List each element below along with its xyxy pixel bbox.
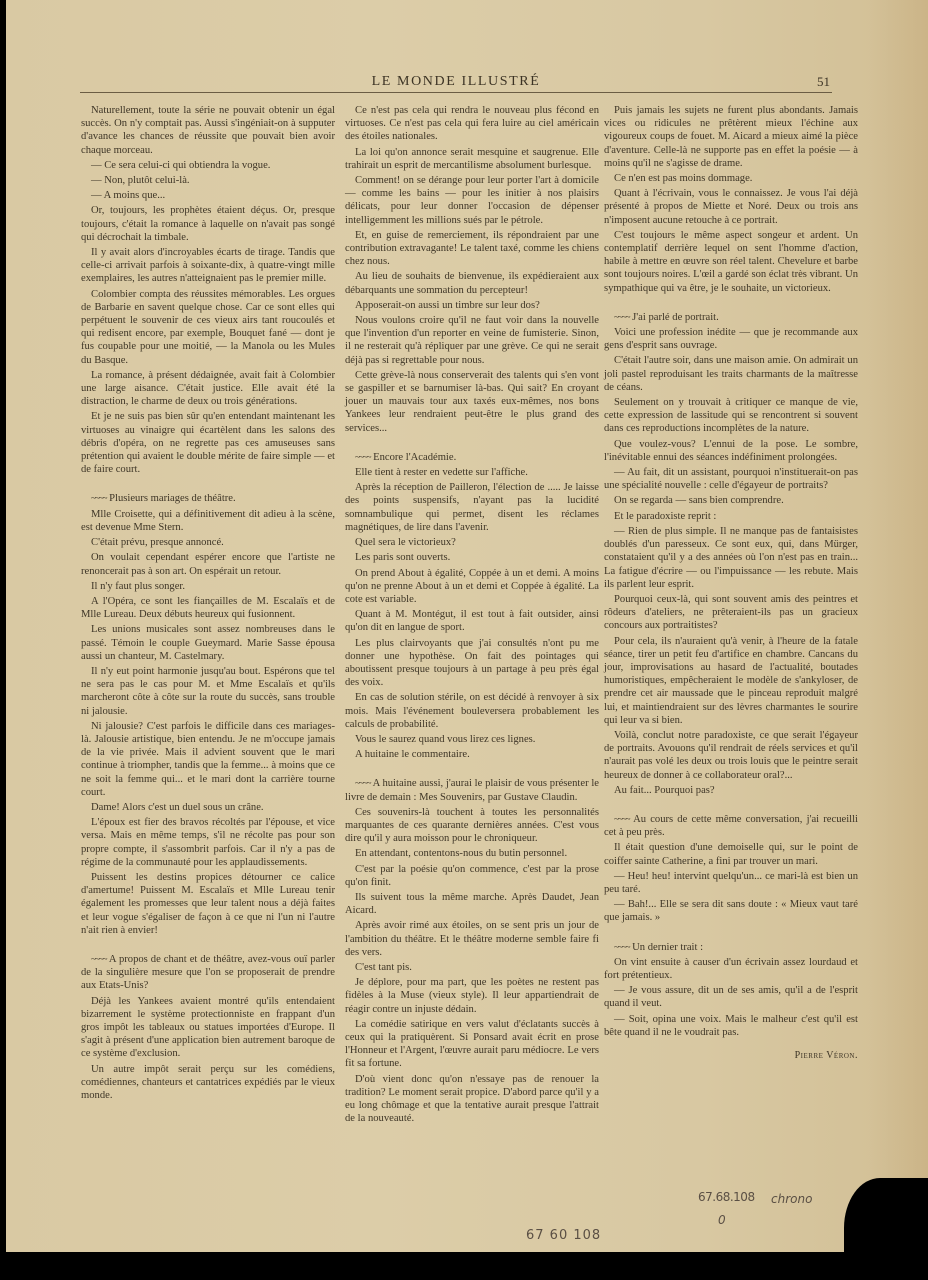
section-ornament-icon: ~~~~: [355, 778, 370, 788]
paragraph: A huitaine le commentaire.: [345, 748, 599, 761]
paragraph-text: Ce n'est pas cela qui rendra le nouveau …: [345, 105, 599, 142]
paragraph-text: Les unions musicales sont assez nombreus…: [81, 624, 335, 661]
paragraph: Apposerait-on aussi un timbre sur leur d…: [345, 299, 599, 312]
paragraph-text: Encore l'Académie.: [373, 452, 456, 463]
paragraph-text: Voici une profession inédite — que je re…: [604, 327, 858, 351]
paragraph: A l'Opéra, ce sont les fiançailles de M.…: [81, 595, 335, 621]
paragraph-text: A huitaine le commentaire.: [355, 749, 470, 760]
paragraph-text: Un autre impôt serait perçu sur les comé…: [81, 1064, 335, 1101]
paragraph: Ce n'en est pas moins dommage.: [604, 172, 858, 185]
paragraph: Voilà, conclut notre paradoxiste, ce que…: [604, 729, 858, 782]
paragraph-text: La romance, à présent dédaignée, avait f…: [81, 370, 335, 407]
paragraph-text: C'était l'autre soir, dans une maison am…: [604, 355, 858, 392]
paragraph: Il y avait alors d'incroyables écarts de…: [81, 246, 335, 286]
handwritten-mark: 0: [718, 1213, 726, 1227]
paragraph-text: Pourquoi ceux-là, qui sont souvent amis …: [604, 594, 858, 631]
paragraph-text: Après la réception de Pailleron, l'élect…: [345, 482, 599, 533]
paragraph: L'époux est fier des bravos récoltés par…: [81, 816, 335, 869]
paragraph: C'était l'autre soir, dans une maison am…: [604, 354, 858, 394]
section-ornament-icon: ~~~~: [91, 954, 106, 964]
paragraph-text: A propos de chant et de théâtre, avez-vo…: [81, 954, 335, 991]
paragraph-text: Vous le saurez quand vous lirez ces lign…: [355, 734, 535, 745]
paragraph-text: Après avoir rimé aux étoiles, on se sent…: [345, 920, 599, 957]
paragraph: Elle tient à rester en vedette sur l'aff…: [345, 466, 599, 479]
paragraph-text: — Je vous assure, dit un de ses amis, qu…: [604, 985, 858, 1009]
paragraph: On voulait cependant espérer encore que …: [81, 551, 335, 577]
paragraph-text: Seulement on y trouvait à critiquer ce m…: [604, 397, 858, 434]
paragraph: Colombier compta des réussites mémorable…: [81, 288, 335, 367]
paragraph-text: On voulait cependant espérer encore que …: [81, 552, 335, 576]
paragraph-text: L'époux est fier des bravos récoltés par…: [81, 817, 335, 868]
paragraph-text: En attendant, contentons-nous du butin p…: [355, 848, 567, 859]
paragraph-text: Comment! on se dérange pour leur porter …: [345, 175, 599, 226]
paragraph-text: Or, toujours, les prophètes étaient déçu…: [81, 205, 335, 242]
paragraph: Puissent les destins propices détourner …: [81, 871, 335, 937]
paragraph-text: Je déplore, pour ma part, que les poètes…: [345, 977, 599, 1014]
paragraph: Il n'y eut point harmonie jusqu'au bout.…: [81, 665, 335, 718]
column-3: Puis jamais les sujets ne furent plus ab…: [604, 104, 858, 1064]
paragraph-text: — A moins que...: [91, 190, 165, 201]
paragraph: Mlle Croisette, qui a définitivement dit…: [81, 508, 335, 534]
paragraph-text: Il y avait alors d'incroyables écarts de…: [81, 247, 335, 284]
paragraph-text: A l'Opéra, ce sont les fiançailles de M.…: [81, 596, 335, 620]
paragraph-text: Les paris sont ouverts.: [355, 552, 450, 563]
paragraph-text: — Rien de plus simple. Il ne manque pas …: [604, 526, 858, 590]
paragraph: — Je vous assure, dit un de ses amis, qu…: [604, 984, 858, 1010]
section-paragraph: ~~~~ A huitaine aussi, j'aurai le plaisi…: [345, 777, 599, 803]
paragraph: Et le paradoxiste reprit :: [604, 510, 858, 523]
paragraph: Quant à l'écrivain, vous le connaissez. …: [604, 187, 858, 227]
paragraph: — A moins que...: [81, 189, 335, 202]
paragraph: — Au fait, dit un assistant, pourquoi n'…: [604, 466, 858, 492]
paragraph-text: C'était prévu, presque annoncé.: [91, 537, 224, 548]
section-ornament-icon: ~~~~: [614, 312, 629, 322]
paragraph-text: Ce n'en est pas moins dommage.: [614, 173, 752, 184]
paragraph-text: Mlle Croisette, qui a définitivement dit…: [81, 509, 335, 533]
paragraph-text: Et je ne suis pas bien sûr qu'en entenda…: [81, 411, 335, 475]
paragraph: — Rien de plus simple. Il ne manque pas …: [604, 525, 858, 591]
paragraph: En cas de solution stérile, on est décid…: [345, 691, 599, 731]
column-2: Ce n'est pas cela qui rendra le nouveau …: [345, 104, 599, 1127]
paragraph: La romance, à présent dédaignée, avait f…: [81, 369, 335, 409]
paragraph: Après la réception de Pailleron, l'élect…: [345, 481, 599, 534]
paragraph: Un autre impôt serait perçu sur les comé…: [81, 1063, 335, 1103]
paragraph: C'est tant pis.: [345, 961, 599, 974]
paragraph: Dame! Alors c'est un duel sous un crâne.: [81, 801, 335, 814]
paragraph: Comment! on se dérange pour leur porter …: [345, 174, 599, 227]
paragraph-text: A huitaine aussi, j'aurai le plaisir de …: [345, 778, 599, 802]
paragraph-text: Il était question d'une demoiselle qui, …: [604, 842, 858, 866]
paragraph: Nous voulons croire qu'il ne faut voir d…: [345, 314, 599, 367]
paragraph-text: — Heu! heu! intervint quelqu'un... ce ma…: [604, 871, 858, 895]
section-paragraph: ~~~~ A propos de chant et de théâtre, av…: [81, 953, 335, 993]
handwritten-catalog-number: 67.68.108: [698, 1190, 755, 1204]
section-ornament-icon: ~~~~: [91, 493, 106, 503]
paragraph-text: On vint ensuite à causer d'un écrivain a…: [604, 957, 858, 981]
paragraph: Pourquoi ceux-là, qui sont souvent amis …: [604, 593, 858, 633]
paragraph-text: Apposerait-on aussi un timbre sur leur d…: [355, 300, 540, 311]
paragraph-text: Voilà, conclut notre paradoxiste, ce que…: [604, 730, 858, 781]
paragraph: Ce n'est pas cela qui rendra le nouveau …: [345, 104, 599, 144]
paragraph-text: — Au fait, dit un assistant, pourquoi n'…: [604, 467, 858, 491]
paragraph: Les plus clairvoyants que j'ai consultés…: [345, 637, 599, 690]
newspaper-page: LE MONDE ILLUSTRÉ 51 Naturellement, tout…: [6, 0, 928, 1252]
paragraph: — Non, plutôt celui-là.: [81, 174, 335, 187]
column-1: Naturellement, toute la série ne pouvait…: [81, 104, 335, 1104]
paragraph: Ces souvenirs-là touchent à toutes les p…: [345, 806, 599, 846]
paragraph-text: Cette grève-là nous conserverait des tal…: [345, 370, 599, 434]
paragraph-text: Dame! Alors c'est un duel sous un crâne.: [91, 802, 264, 813]
paragraph-text: Elle tient à rester en vedette sur l'aff…: [355, 467, 528, 478]
paragraph-text: Il n'y eut point harmonie jusqu'au bout.…: [81, 666, 335, 717]
paragraph: Vous le saurez quand vous lirez ces lign…: [345, 733, 599, 746]
paragraph-text: — Soit, opina une voix. Mais le malheur …: [604, 1014, 858, 1038]
paragraph-text: C'est tant pis.: [355, 962, 412, 973]
paragraph: Naturellement, toute la série ne pouvait…: [81, 104, 335, 157]
paragraph-text: Ces souvenirs-là touchent à toutes les p…: [345, 807, 599, 844]
paragraph-text: Quant à l'écrivain, vous le connaissez. …: [604, 188, 858, 225]
paragraph-text: Puis jamais les sujets ne furent plus ab…: [604, 105, 858, 169]
paragraph-text: — Bah!... Elle se sera dit sans doute : …: [604, 899, 858, 923]
paragraph: Après avoir rimé aux étoiles, on se sent…: [345, 919, 599, 959]
paragraph-text: — Ce sera celui-ci qui obtiendra la vogu…: [91, 160, 270, 171]
paragraph: — Soit, opina une voix. Mais le malheur …: [604, 1013, 858, 1039]
section-paragraph: ~~~~ Un dernier trait :: [604, 941, 858, 954]
paragraph-text: Ni jalousie? C'est parfois le difficile …: [81, 721, 335, 798]
paragraph-text: Et le paradoxiste reprit :: [614, 511, 716, 522]
paragraph: Que voulez-vous? L'ennui de la pose. Le …: [604, 438, 858, 464]
paragraph-text: Quant à M. Montégut, il est tout à fait …: [345, 609, 599, 633]
paragraph: Voici une profession inédite — que je re…: [604, 326, 858, 352]
paragraph-text: J'ai parlé de portrait.: [632, 312, 719, 323]
author-signature: Pierre Véron.: [604, 1049, 858, 1062]
paragraph: On prend About à égalité, Coppée à un et…: [345, 567, 599, 607]
section-paragraph: ~~~~ Encore l'Académie.: [345, 451, 599, 464]
paragraph: — Heu! heu! intervint quelqu'un... ce ma…: [604, 870, 858, 896]
paragraph: C'est toujours le même aspect songeur et…: [604, 229, 858, 295]
section-ornament-icon: ~~~~: [355, 452, 370, 462]
paragraph: En attendant, contentons-nous du butin p…: [345, 847, 599, 860]
paragraph-text: C'est toujours le même aspect songeur et…: [604, 230, 858, 294]
handwritten-bottom-number: 67 60 108: [526, 1228, 601, 1243]
section-ornament-icon: ~~~~: [614, 814, 629, 824]
paragraph: Et je ne suis pas bien sûr qu'en entenda…: [81, 410, 335, 476]
paragraph-text: C'est par la poésie qu'on commence, c'es…: [345, 864, 599, 888]
paragraph-text: Ils suivent tous la même marche. Après D…: [345, 892, 599, 916]
section-paragraph: ~~~~ J'ai parlé de portrait.: [604, 311, 858, 324]
paragraph: C'est par la poésie qu'on commence, c'es…: [345, 863, 599, 889]
paragraph-text: Au lieu de souhaits de bienvenue, ils ex…: [345, 271, 599, 295]
paragraph-text: On prend About à égalité, Coppée à un et…: [345, 568, 599, 605]
paragraph: On vint ensuite à causer d'un écrivain a…: [604, 956, 858, 982]
torn-corner: [844, 1178, 928, 1280]
paragraph: Quant à M. Montégut, il est tout à fait …: [345, 608, 599, 634]
paragraph: Les paris sont ouverts.: [345, 551, 599, 564]
paragraph-text: La comédie satirique en vers valut d'écl…: [345, 1019, 599, 1070]
paragraph-text: Un dernier trait :: [632, 942, 703, 953]
page-header: LE MONDE ILLUSTRÉ 51: [80, 72, 832, 93]
paragraph: On se regarda — sans bien comprendre.: [604, 494, 858, 507]
paragraph-text: D'où vient donc qu'on n'essaye pas de re…: [345, 1074, 599, 1125]
section-paragraph: ~~~~ Plusieurs mariages de théâtre.: [81, 492, 335, 505]
paragraph: Seulement on y trouvait à critiquer ce m…: [604, 396, 858, 436]
paragraph: D'où vient donc qu'on n'essaye pas de re…: [345, 1073, 599, 1126]
paragraph-text: Nous voulons croire qu'il ne faut voir d…: [345, 315, 599, 366]
handwritten-label: chrono: [771, 1192, 812, 1206]
paragraph: — Ce sera celui-ci qui obtiendra la vogu…: [81, 159, 335, 172]
paragraph-text: Au fait... Pourquoi pas?: [614, 785, 715, 796]
paragraph-text: Et, en guise de remerciement, ils répond…: [345, 230, 599, 267]
newspaper-title: LE MONDE ILLUSTRÉ: [80, 74, 832, 90]
paragraph: Il n'y faut plus songer.: [81, 580, 335, 593]
section-paragraph: ~~~~ Au cours de cette même conversation…: [604, 813, 858, 839]
paragraph: Au fait... Pourquoi pas?: [604, 784, 858, 797]
paragraph-text: En cas de solution stérile, on est décid…: [345, 692, 599, 729]
paragraph-text: On se regarda — sans bien comprendre.: [614, 495, 784, 506]
paragraph: C'était prévu, presque annoncé.: [81, 536, 335, 549]
paragraph: Déjà les Yankees avaient montré qu'ils e…: [81, 995, 335, 1061]
paragraph: Puis jamais les sujets ne furent plus ab…: [604, 104, 858, 170]
paragraph: — Bah!... Elle se sera dit sans doute : …: [604, 898, 858, 924]
paragraph-text: La loi qu'on annonce serait mesquine et …: [345, 147, 599, 171]
paragraph: Les unions musicales sont assez nombreus…: [81, 623, 335, 663]
paragraph-text: Quel sera le victorieux?: [355, 537, 456, 548]
paragraph: La loi qu'on annonce serait mesquine et …: [345, 146, 599, 172]
paragraph: Quel sera le victorieux?: [345, 536, 599, 549]
paragraph-text: Colombier compta des réussites mémorable…: [81, 289, 335, 366]
paragraph: Pour cela, ils n'auraient qu'à venir, à …: [604, 635, 858, 727]
paragraph: Au lieu de souhaits de bienvenue, ils ex…: [345, 270, 599, 296]
paragraph: Il était question d'une demoiselle qui, …: [604, 841, 858, 867]
paragraph: La comédie satirique en vers valut d'écl…: [345, 1018, 599, 1071]
paragraph-text: Naturellement, toute la série ne pouvait…: [81, 105, 335, 156]
paragraph-text: Les plus clairvoyants que j'ai consultés…: [345, 638, 599, 689]
paragraph-text: Plusieurs mariages de théâtre.: [109, 493, 236, 504]
paragraph-text: Il n'y faut plus songer.: [91, 581, 185, 592]
paragraph: Ni jalousie? C'est parfois le difficile …: [81, 720, 335, 799]
paragraph: Et, en guise de remerciement, ils répond…: [345, 229, 599, 269]
paragraph-text: — Non, plutôt celui-là.: [91, 175, 190, 186]
paragraph-text: Au cours de cette même conversation, j'a…: [604, 814, 858, 838]
paragraph: Je déplore, pour ma part, que les poètes…: [345, 976, 599, 1016]
paragraph: Cette grève-là nous conserverait des tal…: [345, 369, 599, 435]
paragraph: Ils suivent tous la même marche. Après D…: [345, 891, 599, 917]
paragraph-text: Puissent les destins propices détourner …: [81, 872, 335, 936]
page-number: 51: [817, 74, 830, 90]
paragraph: Or, toujours, les prophètes étaient déçu…: [81, 204, 335, 244]
paragraph-text: Déjà les Yankees avaient montré qu'ils e…: [81, 996, 335, 1060]
paragraph-text: Pour cela, ils n'auraient qu'à venir, à …: [604, 636, 858, 726]
paragraph-text: Que voulez-vous? L'ennui de la pose. Le …: [604, 439, 858, 463]
section-ornament-icon: ~~~~: [614, 942, 629, 952]
